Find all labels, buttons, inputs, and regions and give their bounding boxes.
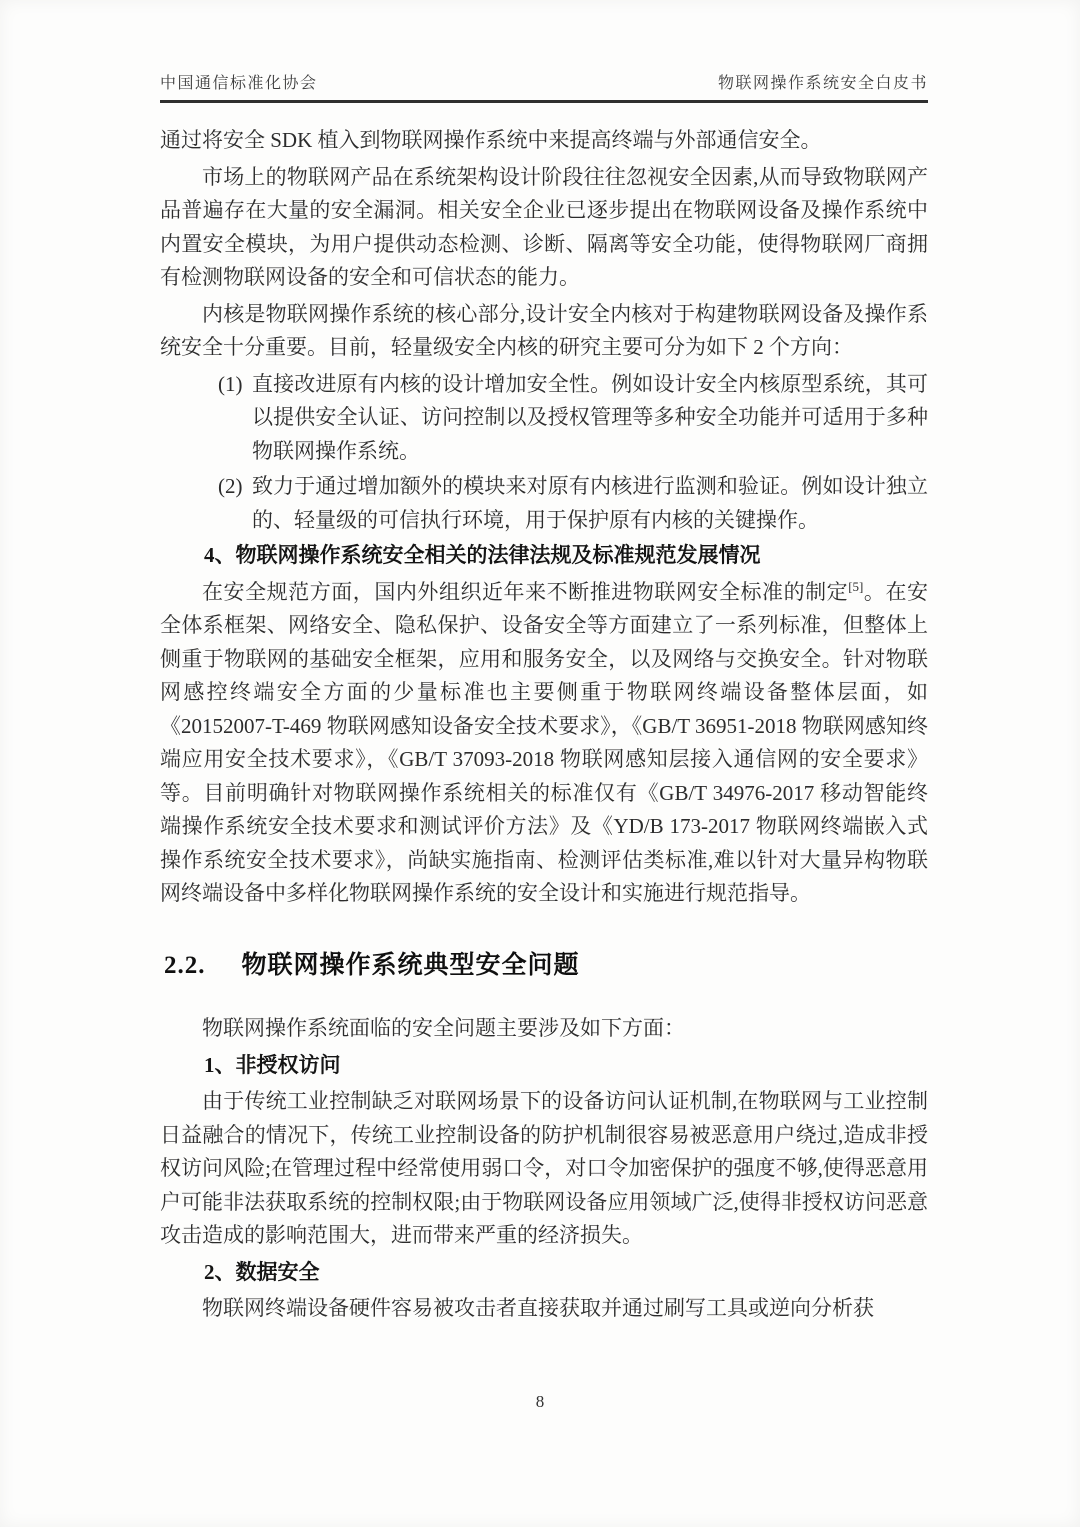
list-marker-2: (2) (218, 470, 243, 504)
header-org-name: 中国通信标准化协会 (160, 70, 318, 93)
section-number: 2.2. (164, 949, 206, 983)
citation-5: [5] (848, 579, 863, 594)
subheading-data-security: 2、数据安全 (160, 1256, 928, 1290)
paragraph-issues-lead: 物联网操作系统面临的安全问题主要涉及如下方面： (160, 1012, 928, 1046)
paragraph-kernel: 内核是物联网操作系统的核心部分,设计安全内核对于构建物联网设备及操作系统安全十分… (160, 298, 928, 365)
paragraph-data-security: 物联网终端设备硬件容易被攻击者直接获取并通过刷写工具或逆向分析获 (160, 1292, 928, 1326)
page-body: 通过将安全 SDK 植入到物联网操作系统中来提高终端与外部通信安全。 市场上的物… (160, 124, 928, 1326)
section-title: 物联网操作系统典型安全问题 (242, 949, 580, 983)
section-heading-2-2: 2.2. 物联网操作系统典型安全问题 (164, 949, 928, 983)
paragraph-standards: 在安全规范方面，国内外组织近年来不断推进物联网安全标准的制定[5]。在安全体系框… (160, 576, 928, 911)
page-header: 中国通信标准化协会 物联网操作系统安全白皮书 (160, 70, 928, 93)
header-doc-title: 物联网操作系统安全白皮书 (718, 70, 928, 93)
header-divider (160, 100, 928, 103)
subheading-laws-standards: 4、物联网操作系统安全相关的法律法规及标准规范发展情况 (160, 539, 928, 573)
paragraph-unauthorized: 由于传统工业控制缺乏对联网场景下的设备访问认证机制,在物联网与工业控制日益融合的… (160, 1085, 928, 1253)
subheading-unauthorized-access: 1、非授权访问 (160, 1049, 928, 1083)
list-item-2: (2) 致力于通过增加额外的模块来对原有内核进行监测和验证。例如设计独立的、轻量… (160, 470, 928, 537)
paragraph-market: 市场上的物联网产品在系统架构设计阶段往往忽视安全因素,从而导致物联网产品普遍存在… (160, 161, 928, 295)
list-item-1: (1) 直接改进原有内核的设计增加安全性。例如设计安全内核原型系统，其可以提供安… (160, 368, 928, 469)
page-number: 8 (0, 1392, 1080, 1412)
document-page: 中国通信标准化协会 物联网操作系统安全白皮书 通过将安全 SDK 植入到物联网操… (0, 0, 1080, 1527)
list-text-1: 直接改进原有内核的设计增加安全性。例如设计安全内核原型系统，其可以提供安全认证、… (252, 372, 928, 463)
standards-text-before: 在安全规范方面，国内外组织近年来不断推进物联网安全标准的制定 (202, 580, 848, 604)
list-text-2: 致力于通过增加额外的模块来对原有内核进行监测和验证。例如设计独立的、轻量级的可信… (252, 474, 928, 532)
standards-text-after: 。在安全体系框架、网络安全、隐私保护、设备安全等方面建立了一系列标准，但整体上侧… (160, 580, 928, 906)
paragraph-sdk-intro: 通过将安全 SDK 植入到物联网操作系统中来提高终端与外部通信安全。 (160, 124, 928, 158)
list-marker-1: (1) (218, 368, 243, 402)
